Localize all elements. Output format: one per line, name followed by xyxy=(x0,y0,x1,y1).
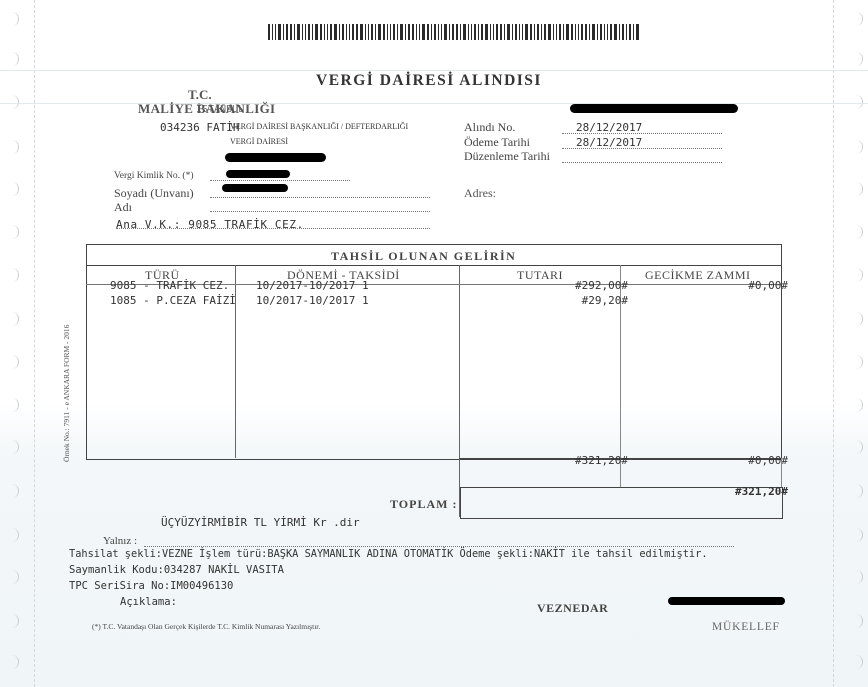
row-type: 9085 - TRAFİK CEZ. xyxy=(110,279,229,292)
tax-id-label: Vergi Kimlik No. (*) xyxy=(114,171,194,181)
table-title-divider xyxy=(86,265,781,266)
redacted-taxpayer-signature xyxy=(668,597,785,605)
yalniz-field xyxy=(144,535,734,547)
yalniz-label: Yalnız : xyxy=(103,535,137,547)
accounting-code: Saymanlik Kodu:034287 NAKİL VASITA xyxy=(69,564,284,576)
tpc-serial-number: TPC SeriSira No:IM00496130 xyxy=(69,580,233,592)
document-title: VERGİ DAİRESİ ALINDISI xyxy=(316,72,542,90)
tax-id-field xyxy=(210,171,350,181)
subtotal-amount: #321,20# xyxy=(540,454,628,467)
row-amount: #29,20# xyxy=(540,294,628,307)
total-value: #321,20# xyxy=(690,485,788,498)
tax-office-code: 034236 FATİH xyxy=(160,121,239,134)
receipt-no-label: Alındı No. xyxy=(464,120,515,135)
barcode xyxy=(268,24,646,40)
issue-date-label: Düzenleme Tarihi xyxy=(464,149,550,164)
table-title: TAHSİL OLUNAN GELİRİN xyxy=(331,249,516,264)
footnote: (*) T.C. Vatandaşı Olan Gerçek Kişilerde… xyxy=(92,622,320,631)
main-tax-line: Ana V.K.: 9085 TRAFİK CEZ. xyxy=(116,218,304,231)
description-label: Açıklama: xyxy=(120,596,177,608)
province-overprint: İSTANBUL xyxy=(196,104,244,115)
redacted-receipt-field xyxy=(570,104,738,113)
payment-date-value: 28/12/2017 xyxy=(562,136,642,149)
right-edge xyxy=(781,458,782,488)
receipt-no-value: 28/12/2017 xyxy=(562,121,642,134)
row-type: 1085 - P.CEZA FAİZİ xyxy=(110,294,236,307)
redacted-field xyxy=(225,153,326,162)
fold-line xyxy=(0,70,868,71)
surname-field xyxy=(210,186,430,198)
cashier-signature-label: VEZNEDAR xyxy=(537,601,608,616)
payment-date-field: 28/12/2017 xyxy=(562,135,722,149)
main-tax-field: Ana V.K.: 9085 TRAFİK CEZ. xyxy=(116,215,430,229)
name-label: Adı xyxy=(114,200,132,215)
amount-in-words: ÜÇYÜZYİRMİBİR TL YİRMİ Kr .dir xyxy=(161,516,360,529)
receipt-no-field: 28/12/2017 xyxy=(562,120,722,134)
surname-label: Soyadı (Unvanı) xyxy=(114,186,194,201)
name-field xyxy=(210,200,430,212)
subtotal-late-fee: #0,00# xyxy=(700,454,788,467)
row-period: 10/2017-10/2017 1 xyxy=(256,279,369,292)
collection-line: Tahsilat şekli:VEZNE İşlem türü:BAŞKA SA… xyxy=(69,548,708,560)
address-label: Adres: xyxy=(464,186,496,201)
total-label: TOPLAM : xyxy=(390,497,457,512)
fold-line xyxy=(0,103,868,104)
column-divider xyxy=(459,265,460,517)
tax-office-line1: VERGİ DAİRESİ BAŞKANLIĞI / DEFTERDARLIĞI xyxy=(230,122,408,131)
row-period: 10/2017-10/2017 1 xyxy=(256,294,369,307)
row-amount: #292,00# xyxy=(540,279,628,292)
taxpayer-signature-label: MÜKELLEF xyxy=(712,621,780,633)
row-late-fee: #0,00# xyxy=(700,279,788,292)
issue-date-field xyxy=(562,149,722,163)
form-number-label: Örnek No.: 7911 - e ANKARA FORM - 2016 xyxy=(62,325,71,462)
payment-date-label: Ödeme Tarihi xyxy=(464,135,530,150)
tax-office-line2: VERGİ DAİRESİ xyxy=(230,137,288,146)
